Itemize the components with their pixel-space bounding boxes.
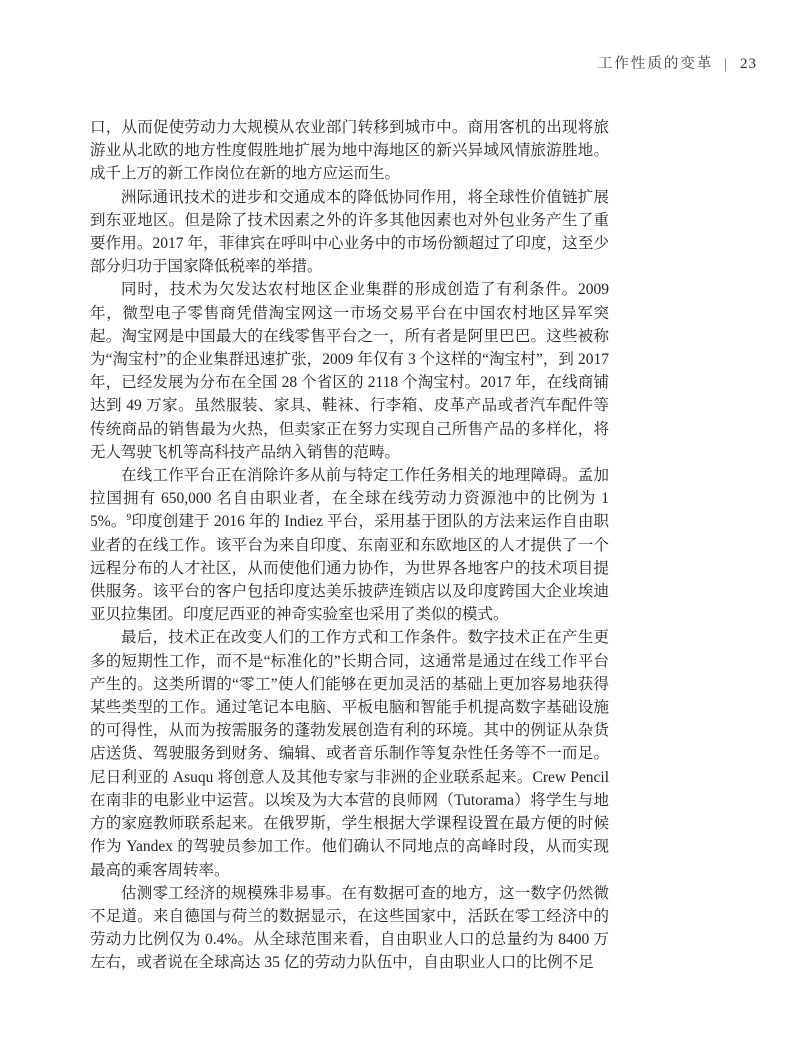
paragraph-taobao-villages: 同时，技术为欠发达农村地区企业集群的形成创造了有利条件。2009 年，微型电子零… (90, 278, 609, 464)
page-number: 23 (740, 56, 757, 72)
paragraph-value-chains: 洲际通讯技术的进步和交通成本的降低协同作用，将全球性价值链扩展到东亚地区。但是除… (90, 186, 609, 279)
book-page: 工作性质的变革|23 口，从而促使劳动力大规模从农业部门转移到城市中。商用客机的… (0, 0, 795, 1047)
paragraph-text-after-footnote: 印度创建于 2016 年的 Indiez 平台，采用基于团队的方法来运作自由职业… (90, 513, 609, 623)
running-head-chapter-title: 工作性质的变革 (598, 56, 714, 72)
paragraph-gig-economy-size: 估测零工经济的规模殊非易事。在有数据可查的地方，这一数字仍然微不足道。来自德国与… (90, 882, 609, 975)
paragraph-online-work-platforms: 在线工作平台正在消除许多从前与特定工作任务相关的地理障碍。孟加拉国拥有 650,… (90, 464, 609, 626)
paragraph-continuation: 口，从而促使劳动力大规模从农业部门转移到城市中。商用客机的出现将旅游业从北欧的地… (90, 116, 609, 186)
header-separator: | (724, 55, 727, 73)
body-text-block: 口，从而促使劳动力大规模从农业部门转移到城市中。商用客机的出现将旅游业从北欧的地… (90, 116, 609, 975)
paragraph-gig-work: 最后，技术正在改变人们的工作方式和工作条件。数字技术正在产生更多的短期性工作，而… (90, 626, 609, 881)
page-header: 工作性质的变革|23 (598, 52, 757, 73)
